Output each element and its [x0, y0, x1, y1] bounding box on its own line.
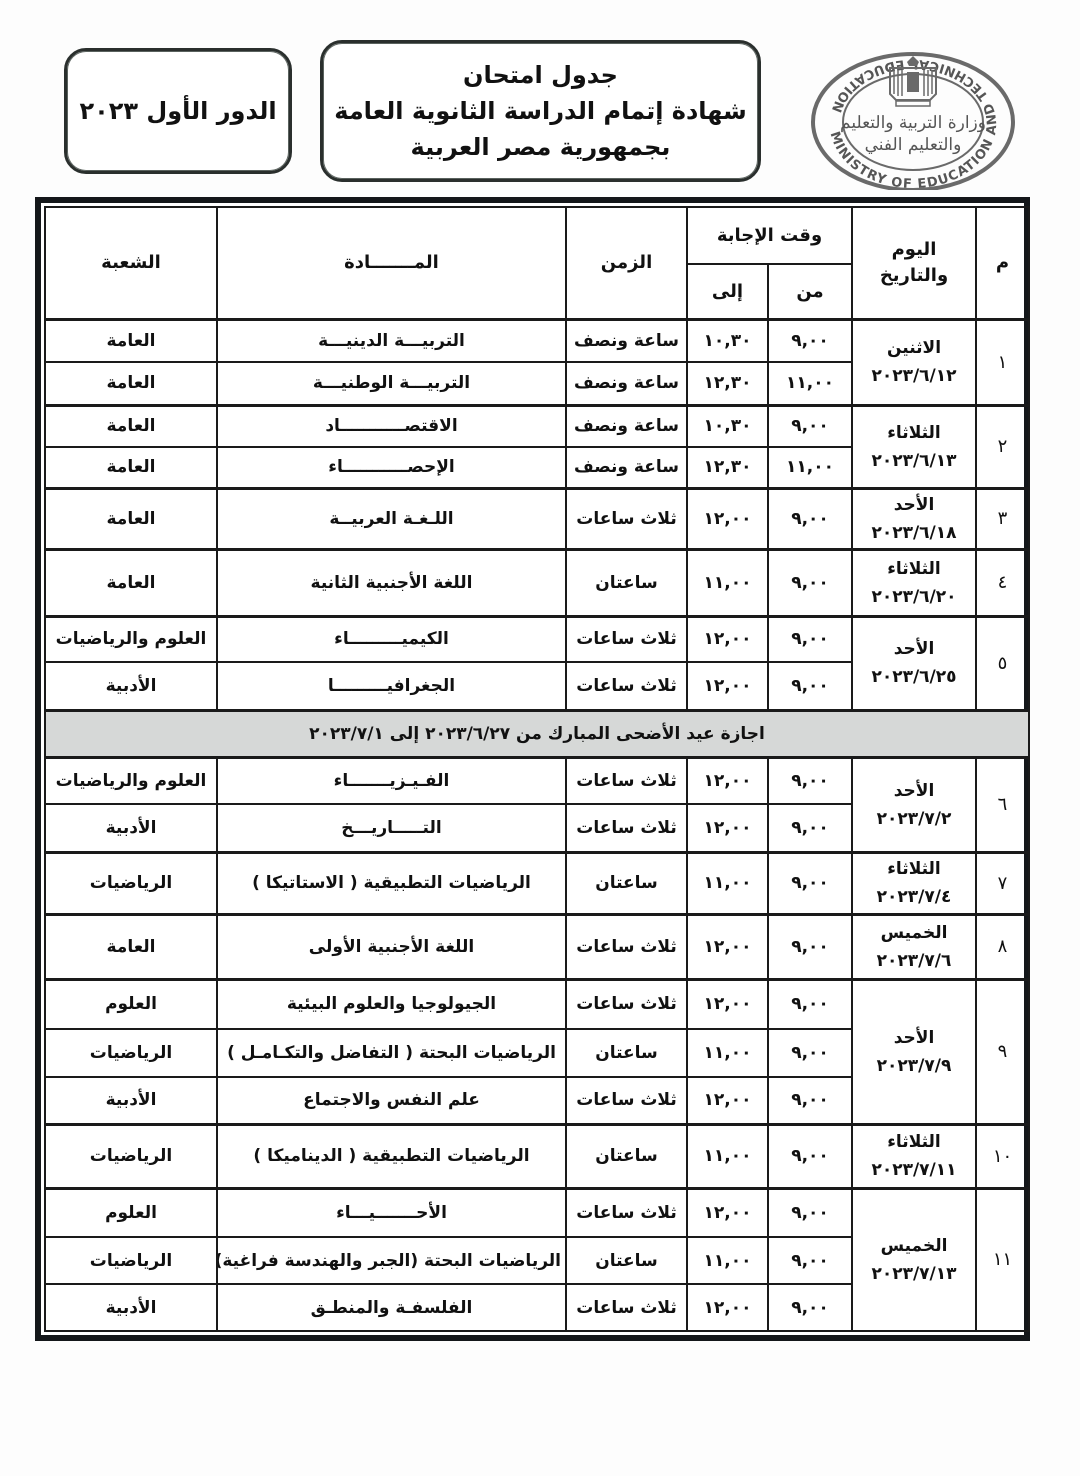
time-from: ١١,٠٠	[768, 362, 852, 405]
time-from: ٩,٠٠	[768, 804, 852, 852]
day-date-cell: الثلاثاء٢٠٢٣/٧/١١	[852, 1124, 976, 1188]
duration: ثلاث ساعات	[566, 616, 687, 662]
subject: الرياضيات البحتة (الجبر والهندسة فراغية)	[217, 1237, 566, 1284]
col-header-answer-time: وقت الإجابة	[687, 207, 852, 264]
day-name: الخميس	[857, 1232, 971, 1260]
exam-date: ٢٠٢٣/٧/٤	[857, 883, 971, 911]
row-index: ١	[976, 319, 1029, 405]
time-to: ١٢,٠٠	[687, 662, 768, 710]
time-to: ١٢,٠٠	[687, 1284, 768, 1331]
exam-date: ٢٠٢٣/٧/١٣	[857, 1260, 971, 1288]
col-header-day-date: اليوم والتاريخ	[852, 207, 976, 319]
division: العامة	[45, 914, 217, 979]
subject: التـــــاريـــخ	[217, 804, 566, 852]
duration: ساعة ونصف	[566, 405, 687, 447]
day-date-cell: الخميس٢٠٢٣/٧/٦	[852, 914, 976, 979]
day-date-cell: الخميس٢٠٢٣/٧/١٣	[852, 1188, 976, 1331]
day-name: الأحد	[857, 1024, 971, 1052]
time-to: ١١,٠٠	[687, 1124, 768, 1188]
time-from: ٩,٠٠	[768, 405, 852, 447]
subject: الجغرافيـــــــــا	[217, 662, 566, 710]
day-date-cell: الأحد٢٠٢٣/٦/٢٥	[852, 616, 976, 710]
table-row: ٩الأحد٢٠٢٣/٧/٩٩,٠٠١٢,٠٠ثلاث ساعاتالجيولو…	[45, 979, 1029, 1029]
division: العلوم والرياضيات	[45, 757, 217, 804]
ministry-logo: MINISTRY OF EDUCATION AND TECHNICAL EDUC…	[808, 46, 1018, 190]
division: العامة	[45, 362, 217, 405]
time-from: ٩,٠٠	[768, 1077, 852, 1124]
duration: ثلاث ساعات	[566, 488, 687, 549]
time-from: ٩,٠٠	[768, 662, 852, 710]
division: العامة	[45, 447, 217, 488]
title-line-3: بجمهورية مصر العربية	[411, 129, 671, 165]
day-date-cell: الثلاثاء٢٠٢٣/٦/٢٠	[852, 549, 976, 616]
time-from: ٩,٠٠	[768, 1237, 852, 1284]
duration: ساعتان	[566, 852, 687, 914]
exam-round-box: الدور الأول ٢٠٢٣	[64, 48, 292, 174]
exam-date: ٢٠٢٣/٦/٢٠	[857, 583, 971, 611]
time-to: ١٢,٠٠	[687, 488, 768, 549]
exam-round-label: الدور الأول ٢٠٢٣	[79, 97, 276, 125]
subject: الرياضيات التطبيقية ( الديناميكا )	[217, 1124, 566, 1188]
subject: اللغة الأجنبية الأولى	[217, 914, 566, 979]
duration: ساعتان	[566, 1124, 687, 1188]
time-from: ٩,٠٠	[768, 1188, 852, 1237]
title-box: جدول امتحان شهادة إتمام الدراسة الثانوية…	[320, 40, 761, 182]
time-from: ٩,٠٠	[768, 319, 852, 362]
col-header-duration: الزمن	[566, 207, 687, 319]
title-line-1: جدول امتحان	[463, 57, 618, 93]
exam-date: ٢٠٢٣/٧/٢	[857, 805, 971, 833]
time-from: ٩,٠٠	[768, 1029, 852, 1077]
duration: ثلاث ساعات	[566, 1188, 687, 1237]
duration: ساعتان	[566, 1029, 687, 1077]
day-name: الثلاثاء	[857, 555, 971, 583]
duration: ساعة ونصف	[566, 447, 687, 488]
time-from: ٩,٠٠	[768, 757, 852, 804]
duration: ثلاث ساعات	[566, 1077, 687, 1124]
subject: الرياضيات التطبيقية ( الاستاتيكا )	[217, 852, 566, 914]
exam-date: ٢٠٢٣/٦/١٣	[857, 447, 971, 475]
time-from: ٩,٠٠	[768, 914, 852, 979]
time-from: ٩,٠٠	[768, 852, 852, 914]
time-to: ١٢,٠٠	[687, 757, 768, 804]
division: الأدبية	[45, 804, 217, 852]
day-name: الأحد	[857, 491, 971, 519]
col-header-division: الشعبة	[45, 207, 217, 319]
time-from: ٩,٠٠	[768, 488, 852, 549]
time-to: ١٢,٠٠	[687, 1077, 768, 1124]
subject: اللغة الأجنبية الثانية	[217, 549, 566, 616]
holiday-row: اجازة عيد الأضحى المبارك من ٢٠٢٣/٦/٢٧ إل…	[45, 710, 1029, 757]
day-name: الثلاثاء	[857, 855, 971, 883]
division: العلوم	[45, 979, 217, 1029]
subject: الإحصـــــــــــاء	[217, 447, 566, 488]
row-index: ١١	[976, 1188, 1029, 1331]
table-row: ٢الثلاثاء٢٠٢٣/٦/١٣٩,٠٠١٠,٣٠ساعة ونصفالاق…	[45, 405, 1029, 447]
exam-date: ٢٠٢٣/٦/٢٥	[857, 663, 971, 691]
subject: الكيميـــــــــاء	[217, 616, 566, 662]
time-to: ١١,٠٠	[687, 549, 768, 616]
subject: الرياضيات البحتة ( التفاضل والتكـامـل )	[217, 1029, 566, 1077]
table-row: ٤الثلاثاء٢٠٢٣/٦/٢٠٩,٠٠١١,٠٠ساعتاناللغة ا…	[45, 549, 1029, 616]
table-row: ٧الثلاثاء٢٠٢٣/٧/٤٩,٠٠١١,٠٠ساعتانالرياضيا…	[45, 852, 1029, 914]
time-from: ٩,٠٠	[768, 549, 852, 616]
time-to: ١٢,٠٠	[687, 914, 768, 979]
day-name: الاثنين	[857, 334, 971, 362]
exam-date: ٢٠٢٣/٧/١١	[857, 1156, 971, 1184]
subject: الاقتصـــــــــــاد	[217, 405, 566, 447]
duration: ثلاث ساعات	[566, 1284, 687, 1331]
time-to: ١٢,٣٠	[687, 447, 768, 488]
time-from: ١١,٠٠	[768, 447, 852, 488]
time-from: ٩,٠٠	[768, 1124, 852, 1188]
duration: ساعة ونصف	[566, 319, 687, 362]
division: الأدبية	[45, 1284, 217, 1331]
division: العامة	[45, 549, 217, 616]
division: الرياضيات	[45, 1029, 217, 1077]
division: العامة	[45, 488, 217, 549]
day-name: الخميس	[857, 919, 971, 947]
table-row: ٥الأحد٢٠٢٣/٦/٢٥٩,٠٠١٢,٠٠ثلاث ساعاتالكيمي…	[45, 616, 1029, 662]
day-name: الثلاثاء	[857, 419, 971, 447]
row-index: ٦	[976, 757, 1029, 852]
division: العلوم والرياضيات	[45, 616, 217, 662]
exam-date: ٢٠٢٣/٦/١٢	[857, 362, 971, 390]
col-header-day-date-label: اليوم والتاريخ	[880, 239, 948, 286]
duration: ثلاث ساعات	[566, 804, 687, 852]
subject: التربيـــة الوطنيـــة	[217, 362, 566, 405]
time-to: ١٠,٣٠	[687, 405, 768, 447]
duration: ساعتان	[566, 549, 687, 616]
row-index: ٧	[976, 852, 1029, 914]
division: العلوم	[45, 1188, 217, 1237]
day-name: الأحد	[857, 777, 971, 805]
day-date-cell: الثلاثاء٢٠٢٣/٦/١٣	[852, 405, 976, 488]
table-row: ١الاثنين٢٠٢٣/٦/١٢٩,٠٠١٠,٣٠ساعة ونصفالترب…	[45, 319, 1029, 362]
title-line-2: شهادة إتمام الدراسة الثانوية العامة	[334, 93, 746, 129]
duration: ساعتان	[566, 1237, 687, 1284]
exam-table-frame: م اليوم والتاريخ وقت الإجابة الزمن المــ…	[35, 197, 1030, 1341]
exam-date: ٢٠٢٣/٧/٦	[857, 947, 971, 975]
subject: اللـغـة العربيــة	[217, 488, 566, 549]
table-row: ٨الخميس٢٠٢٣/٧/٦٩,٠٠١٢,٠٠ثلاث ساعاتاللغة …	[45, 914, 1029, 979]
duration: ساعة ونصف	[566, 362, 687, 405]
row-index: ١٠	[976, 1124, 1029, 1188]
division: الرياضيات	[45, 852, 217, 914]
time-to: ١١,٠٠	[687, 1029, 768, 1077]
division: الرياضيات	[45, 1124, 217, 1188]
division: العامة	[45, 405, 217, 447]
duration: ثلاث ساعات	[566, 979, 687, 1029]
exam-schedule-table: م اليوم والتاريخ وقت الإجابة الزمن المــ…	[44, 206, 1030, 1332]
row-index: ٥	[976, 616, 1029, 710]
time-to: ١١,٠٠	[687, 1237, 768, 1284]
table-row: ٣الأحد٢٠٢٣/٦/١٨٩,٠٠١٢,٠٠ثلاث ساعاتاللـغـ…	[45, 488, 1029, 549]
subject: الفلسفـة والمنطـق	[217, 1284, 566, 1331]
svg-text:وزارة التربية والتعليم: وزارة التربية والتعليم	[840, 113, 986, 133]
col-header-subject: المـــــــادة	[217, 207, 566, 319]
duration: ثلاث ساعات	[566, 914, 687, 979]
holiday-note: اجازة عيد الأضحى المبارك من ٢٠٢٣/٦/٢٧ إل…	[45, 710, 1029, 757]
day-name: الثلاثاء	[857, 1128, 971, 1156]
time-to: ١٢,٠٠	[687, 616, 768, 662]
duration: ثلاث ساعات	[566, 662, 687, 710]
row-index: ٤	[976, 549, 1029, 616]
table-row: ١١الخميس٢٠٢٣/٧/١٣٩,٠٠١٢,٠٠ثلاث ساعاتالأح…	[45, 1188, 1029, 1237]
ministry-seal-icon: MINISTRY OF EDUCATION AND TECHNICAL EDUC…	[808, 46, 1018, 190]
exam-date: ٢٠٢٣/٧/٩	[857, 1052, 971, 1080]
subject: الجيولوجيا والعلوم البيئية	[217, 979, 566, 1029]
division: العامة	[45, 319, 217, 362]
day-date-cell: الأحد٢٠٢٣/٦/١٨	[852, 488, 976, 549]
svg-text:والتعليم الفني: والتعليم الفني	[865, 135, 962, 155]
division: الأدبية	[45, 662, 217, 710]
row-index: ٨	[976, 914, 1029, 979]
col-header-from: من	[768, 264, 852, 319]
time-to: ١٢,٣٠	[687, 362, 768, 405]
time-to: ١١,٠٠	[687, 852, 768, 914]
subject: التربيـــة الدينيـــة	[217, 319, 566, 362]
table-row: ٦الأحد٢٠٢٣/٧/٢٩,٠٠١٢,٠٠ثلاث ساعاتالفـيـز…	[45, 757, 1029, 804]
subject: علم النفس والاجتماع	[217, 1077, 566, 1124]
row-index: ٩	[976, 979, 1029, 1124]
division: الأدبية	[45, 1077, 217, 1124]
day-date-cell: الاثنين٢٠٢٣/٦/١٢	[852, 319, 976, 405]
day-name: الأحد	[857, 635, 971, 663]
duration: ثلاث ساعات	[566, 757, 687, 804]
day-date-cell: الأحد٢٠٢٣/٧/٢	[852, 757, 976, 852]
subject: الأحـــــــيـــاء	[217, 1188, 566, 1237]
row-index: ٢	[976, 405, 1029, 488]
col-header-index: م	[976, 207, 1029, 319]
col-header-to: إلى	[687, 264, 768, 319]
table-row: ١٠الثلاثاء٢٠٢٣/٧/١١٩,٠٠١١,٠٠ساعتانالرياض…	[45, 1124, 1029, 1188]
time-from: ٩,٠٠	[768, 1284, 852, 1331]
exam-date: ٢٠٢٣/٦/١٨	[857, 519, 971, 547]
header-row: م اليوم والتاريخ وقت الإجابة الزمن المــ…	[45, 207, 1029, 264]
time-to: ١٠,٣٠	[687, 319, 768, 362]
time-from: ٩,٠٠	[768, 616, 852, 662]
time-to: ١٢,٠٠	[687, 979, 768, 1029]
day-date-cell: الثلاثاء٢٠٢٣/٧/٤	[852, 852, 976, 914]
time-to: ١٢,٠٠	[687, 804, 768, 852]
division: الرياضيات	[45, 1237, 217, 1284]
day-date-cell: الأحد٢٠٢٣/٧/٩	[852, 979, 976, 1124]
subject: الفـيـزيـــــــاء	[217, 757, 566, 804]
time-from: ٩,٠٠	[768, 979, 852, 1029]
time-to: ١٢,٠٠	[687, 1188, 768, 1237]
row-index: ٣	[976, 488, 1029, 549]
